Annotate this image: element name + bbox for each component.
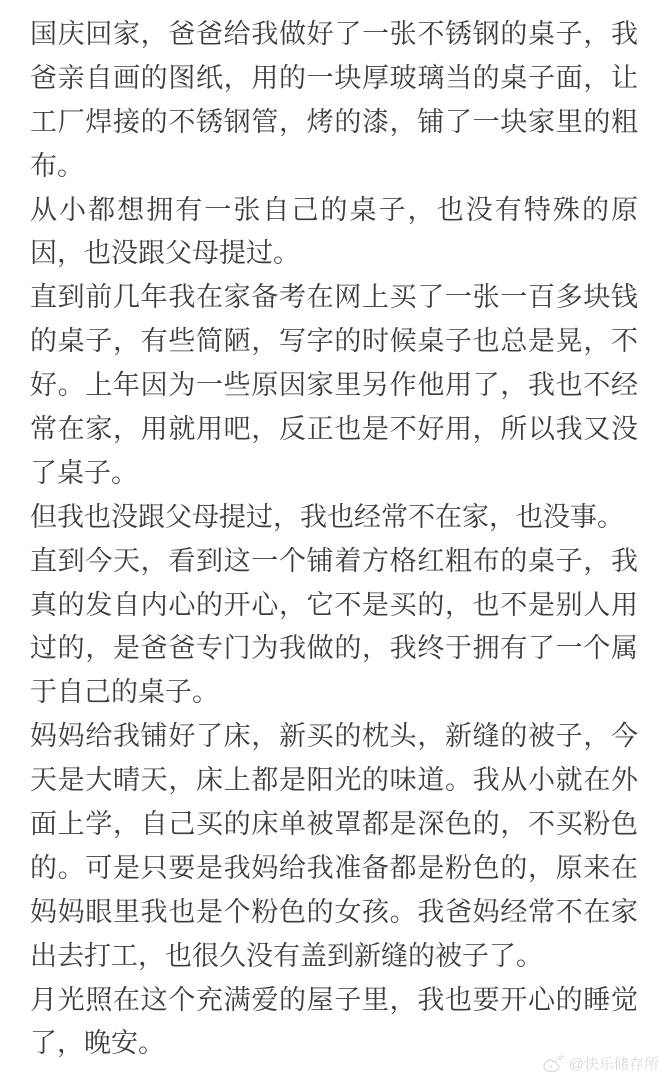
text-line: 好。上年因为一些原因家里另作他用了，我也不经 — [30, 364, 638, 408]
text-line: 从小都想拥有一张自己的桌子，也没有特殊的原 — [30, 189, 638, 233]
text-line: 了桌子。 — [30, 452, 638, 496]
text-line: 妈妈给我铺好了床，新买的枕头，新缝的被子，今 — [30, 715, 638, 759]
text-line: 于自己的桌子。 — [30, 671, 638, 715]
text-line: 爸亲自画的图纸，用的一块厚玻璃当的桌子面，让 — [30, 57, 638, 101]
text-line: 常在家，用就用吧，反正也是不好用，所以我又没 — [30, 408, 638, 452]
image-post-page: 国庆回家，爸爸给我做好了一张不锈钢的桌子，我爸亲自画的图纸，用的一块厚玻璃当的桌… — [0, 0, 667, 1080]
text-line: 国庆回家，爸爸给我做好了一张不锈钢的桌子，我 — [30, 13, 638, 57]
text-line: 月光照在这个充满爱的屋子里，我也要开心的睡觉 — [30, 979, 638, 1023]
watermark: @快乐储存所 — [542, 1053, 659, 1074]
post-text: 国庆回家，爸爸给我做好了一张不锈钢的桌子，我爸亲自画的图纸，用的一块厚玻璃当的桌… — [0, 0, 667, 1066]
text-line: 的桌子，有些简陋，写字的时候桌子也总是晃，不 — [30, 320, 638, 364]
paragraph: 但我也没跟父母提过，我也经常不在家，也没事。 — [30, 496, 638, 540]
text-line: 但我也没跟父母提过，我也经常不在家，也没事。 — [30, 496, 638, 540]
text-line: 工厂焊接的不锈钢管，烤的漆，铺了一块家里的粗 — [30, 101, 638, 145]
text-line: 直到今天，看到这一个铺着方格红粗布的桌子，我 — [30, 540, 638, 584]
paragraph: 从小都想拥有一张自己的桌子，也没有特殊的原因，也没跟父母提过。 — [30, 189, 638, 277]
text-line: 布。 — [30, 145, 638, 189]
paragraph: 国庆回家，爸爸给我做好了一张不锈钢的桌子，我爸亲自画的图纸，用的一块厚玻璃当的桌… — [30, 13, 638, 189]
text-line: 真的发自内心的开心，它不是买的，也不是别人用 — [30, 584, 638, 628]
text-line: 的。可是只要是我妈给我准备都是粉色的，原来在 — [30, 847, 638, 891]
text-line: 出去打工，也很久没有盖到新缝的被子了。 — [30, 935, 638, 979]
weibo-eye-icon — [542, 1055, 564, 1073]
text-line: 面上学，自己买的床单被罩都是深色的，不买粉色 — [30, 803, 638, 847]
paragraph: 妈妈给我铺好了床，新买的枕头，新缝的被子，今天是大晴天，床上都是阳光的味道。我从… — [30, 715, 638, 978]
paragraph: 直到今天，看到这一个铺着方格红粗布的桌子，我真的发自内心的开心，它不是买的，也不… — [30, 540, 638, 716]
text-line: 天是大晴天，床上都是阳光的味道。我从小就在外 — [30, 759, 638, 803]
text-line: 直到前几年我在家备考在网上买了一张一百多块钱 — [30, 276, 638, 320]
text-line: 过的，是爸爸专门为我做的，我终于拥有了一个属 — [30, 627, 638, 671]
text-line: 妈妈眼里我也是个粉色的女孩。我爸妈经常不在家 — [30, 891, 638, 935]
paragraph: 直到前几年我在家备考在网上买了一张一百多块钱的桌子，有些简陋，写字的时候桌子也总… — [30, 276, 638, 495]
watermark-handle: @快乐储存所 — [569, 1053, 659, 1074]
text-line: 因，也没跟父母提过。 — [30, 232, 638, 276]
